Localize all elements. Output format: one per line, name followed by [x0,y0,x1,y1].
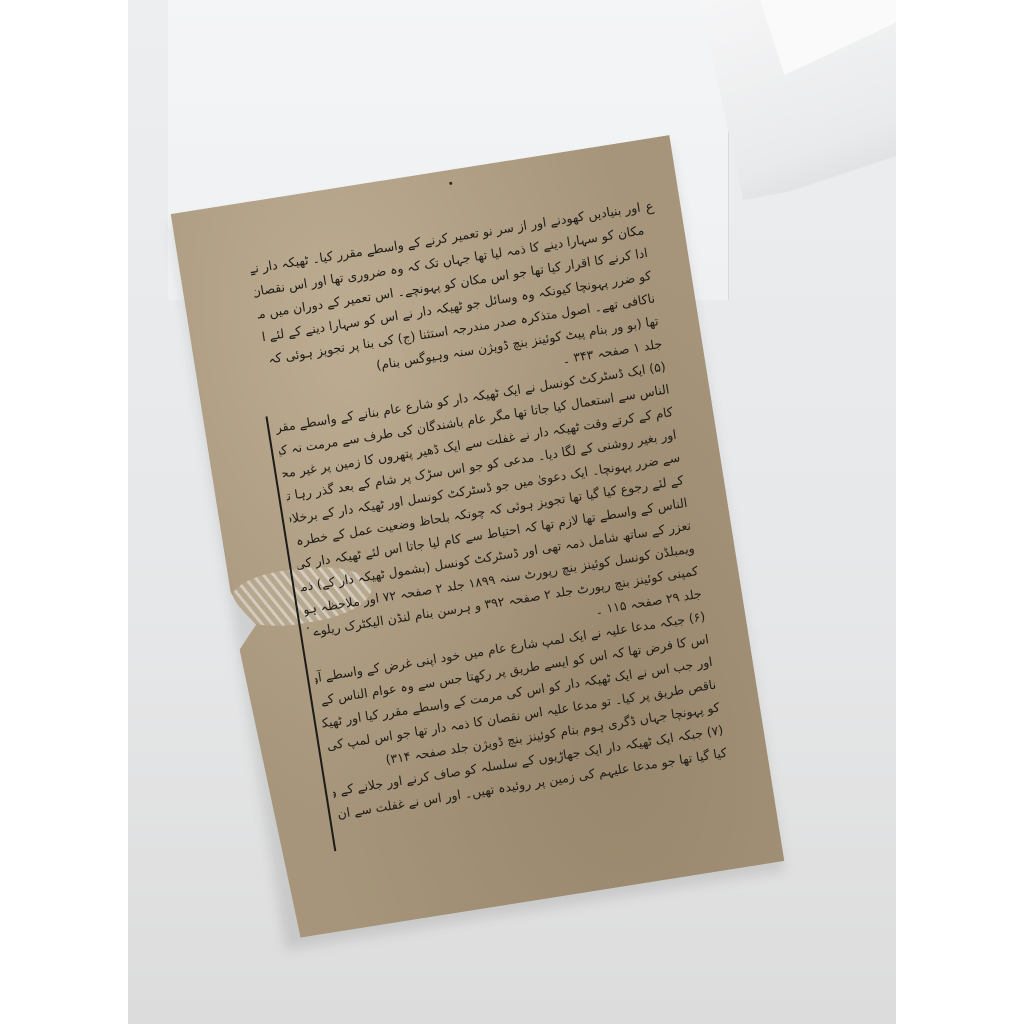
margin-mark: ع [644,198,655,215]
ink-dot [449,182,452,185]
manuscript-text: اور بنیادیں کھودنے اور از سر نو تعمیر کر… [248,196,728,826]
right-white-border [896,0,1024,1024]
left-white-border [0,0,128,1024]
